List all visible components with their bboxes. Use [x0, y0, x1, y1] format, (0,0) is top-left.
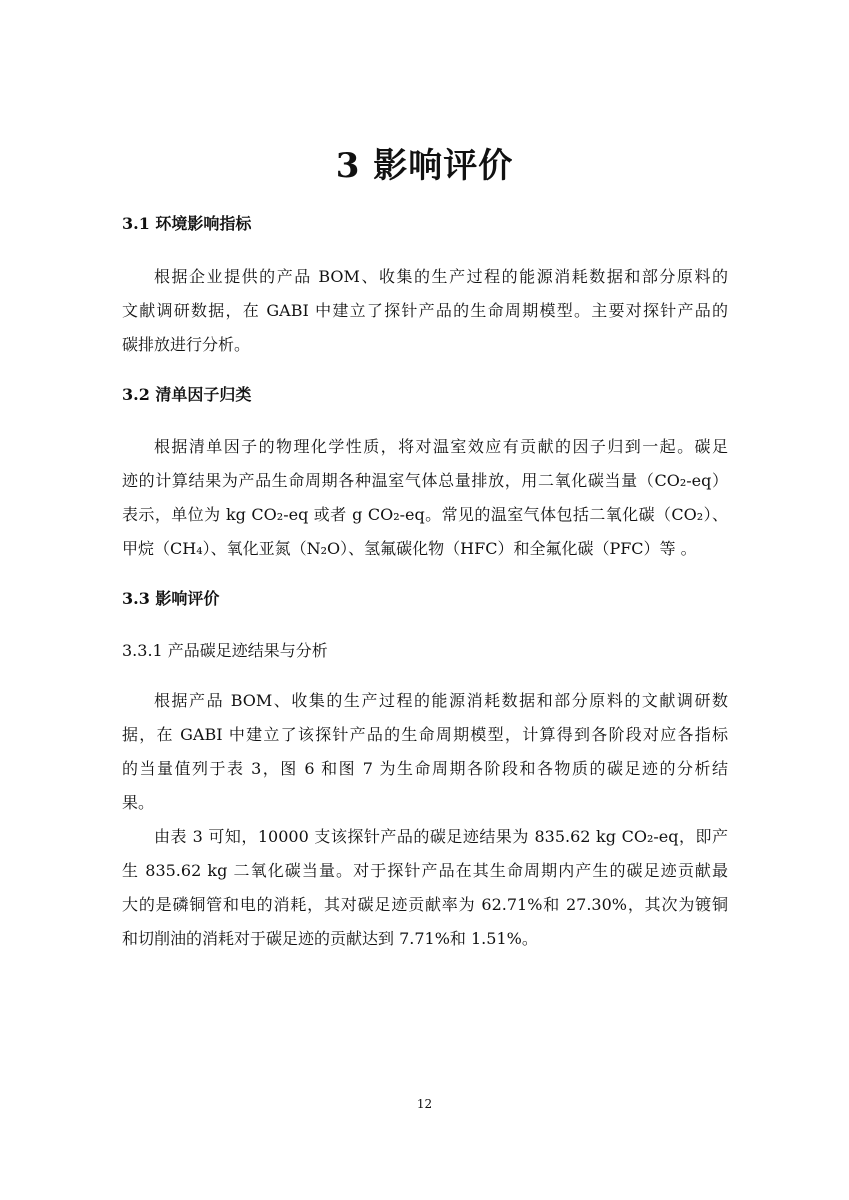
paragraph-line: 和切削油的消耗对于碳足迹的贡献达到 7.71%和 1.51%。 — [122, 922, 728, 956]
paragraph-line: 文献调研数据，在 GABI 中建立了探针产品的生命周期模型。主要对探针产品的 — [122, 294, 728, 328]
section-heading-3-1: 3.1 环境影响指标 — [122, 211, 251, 234]
paragraph-line: 大的是磷铜管和电的消耗，其对碳足迹贡献率为 62.71%和 27.30%，其次为… — [122, 888, 728, 922]
paragraph-line: 迹的计算结果为产品生命周期各种温室气体总量排放，用二氧化碳当量（CO₂-eq） — [122, 464, 728, 498]
paragraph-line: 根据清单因子的物理化学性质，将对温室效应有贡献的因子归到一起。碳足 — [122, 430, 728, 464]
subsection-heading-3-3-1: 3.3.1 产品碳足迹结果与分析 — [122, 638, 328, 661]
section-3-1-paragraph: 根据企业提供的产品 BOM、收集的生产过程的能源消耗数据和部分原料的 文献调研数… — [122, 260, 728, 362]
section-heading-3-3: 3.3 影响评价 — [122, 586, 219, 609]
page-number: 12 — [0, 1097, 849, 1111]
section-3-2-paragraph: 根据清单因子的物理化学性质，将对温室效应有贡献的因子归到一起。碳足 迹的计算结果… — [122, 430, 728, 566]
chapter-title: 3 影响评价 — [0, 138, 849, 187]
paragraph-line: 由表 3 可知，10000 支该探针产品的碳足迹结果为 835.62 kg CO… — [122, 820, 728, 854]
paragraph-line: 甲烷（CH₄）、氧化亚氮（N₂O）、氢氟碳化物（HFC）和全氟化碳（PFC）等 … — [122, 532, 728, 566]
paragraph-line: 的当量值列于表 3，图 6 和图 7 为生命周期各阶段和各物质的碳足迹的分析结 — [122, 752, 728, 786]
paragraph-line: 根据产品 BOM、收集的生产过程的能源消耗数据和部分原料的文献调研数 — [122, 684, 728, 718]
paragraph-line: 根据企业提供的产品 BOM、收集的生产过程的能源消耗数据和部分原料的 — [122, 260, 728, 294]
section-heading-3-2: 3.2 清单因子归类 — [122, 382, 251, 405]
subsection-paragraph-2: 由表 3 可知，10000 支该探针产品的碳足迹结果为 835.62 kg CO… — [122, 820, 728, 956]
subsection-paragraph-1: 根据产品 BOM、收集的生产过程的能源消耗数据和部分原料的文献调研数 据，在 G… — [122, 684, 728, 820]
paragraph-line: 据，在 GABI 中建立了该探针产品的生命周期模型，计算得到各阶段对应各指标 — [122, 718, 728, 752]
paragraph-line: 表示，单位为 kg CO₂-eq 或者 g CO₂-eq。常见的温室气体包括二氧… — [122, 498, 728, 532]
paragraph-line: 生 835.62 kg 二氧化碳当量。对于探针产品在其生命周期内产生的碳足迹贡献… — [122, 854, 728, 888]
paragraph-line: 碳排放进行分析。 — [122, 328, 728, 362]
paragraph-line: 果。 — [122, 786, 728, 820]
